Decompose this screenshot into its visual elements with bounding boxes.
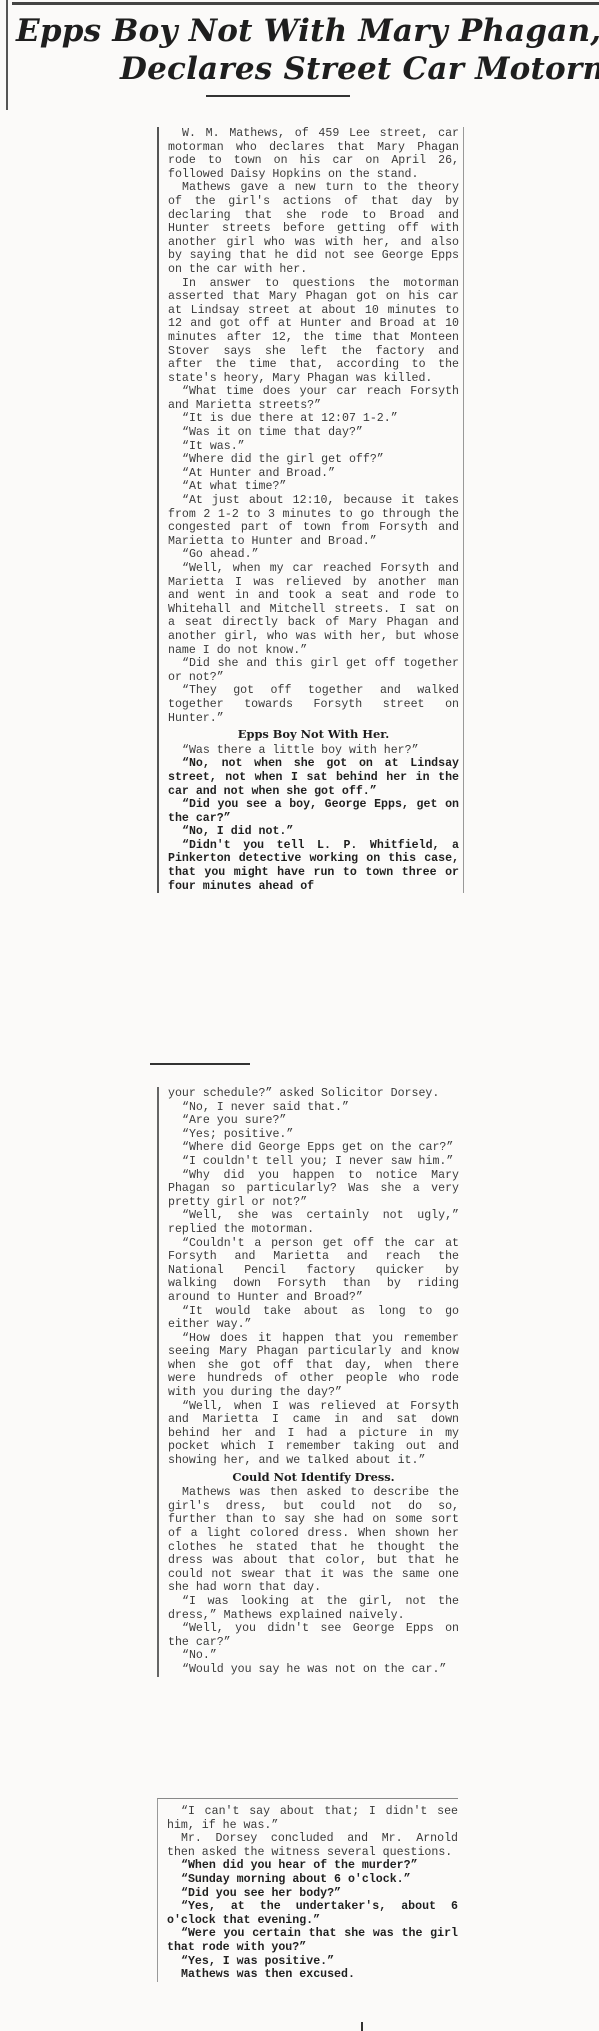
paragraph: “Are you sure?” [168,1114,459,1128]
article-column-2: your schedule?” asked Solicitor Dorsey.“… [157,1087,459,1677]
paragraph-continued: your schedule?” asked Solicitor Dorsey. [168,1087,459,1101]
paragraph: “Well, she was certainly not ugly,” repl… [168,1209,459,1236]
headline-line-1: Epps Boy Not With Mary Phagan, [16,12,596,50]
paragraph: In answer to questions the motorman asse… [168,277,459,386]
paragraph: “It was.” [168,440,459,454]
paragraph: “It is due there at 12:07 1-2.” [168,412,459,426]
paragraph: “At Hunter and Broad.” [168,467,459,481]
paragraph: “Yes, I was positive.” [167,1955,458,1969]
paragraph: “Was there a little boy with her?” [168,744,459,758]
top-column-rule [12,2,599,5]
paragraph: “Go ahead.” [168,548,459,562]
paragraph: “When did you hear of the murder?” [167,1859,458,1873]
paragraph: “Well, when I was relieved at Forsyth an… [168,1400,459,1468]
paragraph: “Did she and this girl get off together … [168,657,459,684]
paragraph: “It would take about as long to go eithe… [168,1305,459,1332]
paragraph: “I couldn't tell you; I never saw him.” [168,1155,459,1169]
paragraph: “Why did you happen to notice Mary Phaga… [168,1169,459,1210]
paragraph: “No, I never said that.” [168,1101,459,1115]
article-column-3: “I can't say about that; I didn't see hi… [157,1798,458,1982]
paragraph: “Did you see her body?” [167,1887,458,1901]
paragraph: “I can't say about that; I didn't see hi… [167,1805,458,1832]
subheading: Epps Boy Not With Her. [168,728,459,742]
paragraph: “I was looking at the girl, not the dres… [168,1595,459,1622]
paragraph: “Sunday morning about 6 o'clock.” [167,1873,458,1887]
paragraph: Mathews was then excused. [167,1968,458,1982]
paragraph: “Couldn't a person get off the car at Fo… [168,1237,459,1305]
paragraph: W. M. Mathews, of 459 Lee street, car mo… [168,127,459,181]
page-edge-rule [6,0,8,110]
paragraph: “Yes; positive.” [168,1128,459,1142]
paragraph: “No, not when she got on at Lindsay stre… [168,757,459,798]
paragraph: “What time does your car reach Forsyth a… [168,385,459,412]
paragraph: Mathews gave a new turn to the theory of… [168,181,459,276]
paragraph: “At just about 12:10, because it takes f… [168,494,459,548]
paragraph: “Was it on time that day?” [168,426,459,440]
paragraph: “Were you certain that she was the girl … [167,1927,458,1954]
subheading: Could Not Identify Dress. [168,1471,459,1485]
article-column-1: W. M. Mathews, of 459 Lee street, car mo… [157,127,464,893]
paragraph: “Where did George Epps get on the car?” [168,1141,459,1155]
paragraph: “No.” [168,1649,459,1663]
headline: Epps Boy Not With Mary Phagan, Declares … [16,12,596,88]
paragraph: “Did you see a boy, George Epps, get on … [168,798,459,825]
page-mark [361,2022,363,2031]
headline-divider [206,95,350,97]
headline-line-2: Declares Street Car Motorman [16,50,596,88]
paragraph: Mr. Dorsey concluded and Mr. Arnold then… [167,1832,458,1859]
paragraph: “At what time?” [168,480,459,494]
paragraph: “They got off together and walked togeth… [168,684,459,725]
paragraph: “Where did the girl get off?” [168,453,459,467]
paragraph: “Well, when my car reached Forsyth and M… [168,562,459,657]
paragraph: Mathews was then asked to describe the g… [168,1486,459,1595]
paragraph: “Yes, at the undertaker's, about 6 o'clo… [167,1900,458,1927]
paragraph: “How does it happen that you remember se… [168,1332,459,1400]
paragraph: “No, I did not.” [168,825,459,839]
paragraph: “Would you say he was not on the car.” [168,1663,459,1677]
section-divider [150,1063,250,1065]
paragraph: “Didn't you tell L. P. Whitfield, a Pink… [168,839,459,893]
paragraph: “Well, you didn't see George Epps on the… [168,1622,459,1649]
